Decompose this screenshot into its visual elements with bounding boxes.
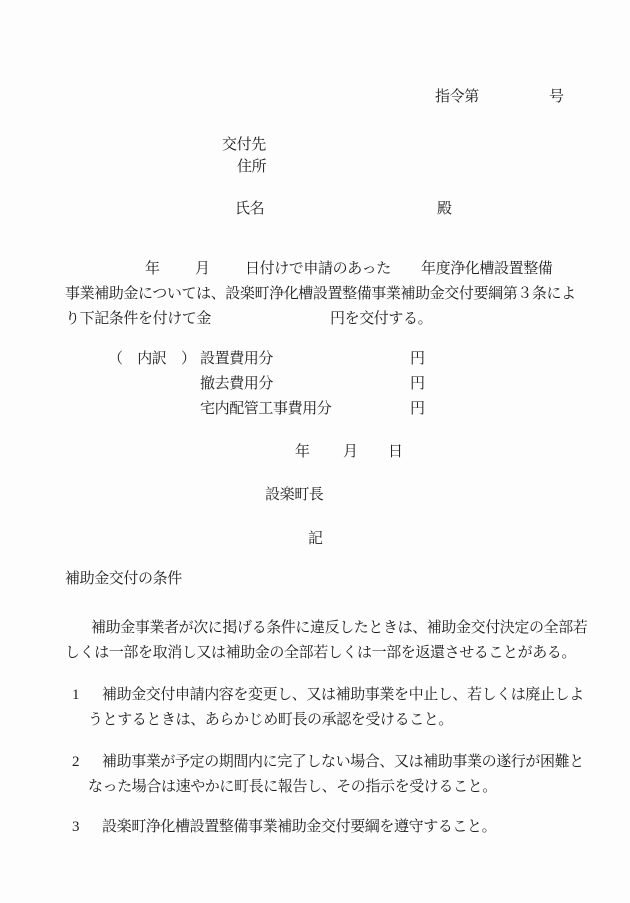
intro-year-label: 年	[145, 260, 160, 279]
recipient-name-label: 氏名	[235, 200, 264, 219]
condition-1-line2: うとするときは、あらかじめ町長の承認を受けること。	[88, 711, 453, 730]
recipient-honorific: 殿	[437, 200, 452, 219]
issuer-title: 設楽町長	[265, 486, 323, 505]
date-year-label: 年	[295, 443, 310, 462]
conditions-title: 補助金交付の条件	[65, 570, 182, 589]
condition-3-number: 3	[72, 818, 79, 837]
record-marker: 記	[308, 530, 323, 549]
breakdown-unit-2: 円	[410, 375, 425, 394]
breakdown-unit-3: 円	[410, 400, 425, 419]
intro-month-label: 月	[195, 260, 210, 279]
directive-number-suffix: 号	[549, 88, 564, 107]
conditions-intro-line2: しくは一部を取消し又は補助金の全部若しくは一部を返還させることがある。	[65, 644, 576, 663]
condition-1-number: 1	[72, 686, 79, 705]
breakdown-unit-1: 円	[410, 350, 425, 369]
breakdown-item-2: 撤去費用分	[200, 375, 273, 394]
intro-line3-left: り下記条件を付けて金	[65, 310, 211, 329]
breakdown-item-1: 設置費用分	[200, 350, 273, 369]
condition-3-line1: 設楽町浄化槽設置整備事業補助金交付要綱を遵守すること。	[102, 818, 496, 837]
date-month-label: 月	[343, 443, 358, 462]
intro-line3-right: 円を交付する。	[330, 310, 432, 329]
condition-2-line2: なった場合は速やかに町長に報告し、その指示を受けること。	[88, 778, 497, 797]
intro-applied-text: 日付けで申請のあった	[245, 260, 391, 279]
breakdown-label: （ 内訳 ）	[108, 350, 196, 369]
breakdown-item-3: 宅内配管工事費用分	[200, 400, 331, 419]
date-day-label: 日	[388, 443, 403, 462]
intro-fiscal-text: 年度浄化槽設置整備	[421, 260, 552, 279]
condition-2-line1: 補助事業が予定の期間内に完了しない場合、又は補助事業の遂行が困難と	[102, 753, 584, 772]
directive-number-prefix: 指令第	[435, 88, 479, 107]
document-page: 指令第 号 交付先 住所 氏名 殿 年 月 日付けで申請のあった 年度浄化槽設置…	[0, 0, 630, 903]
intro-line2: 事業補助金については、設楽町浄化槽設置整備事業補助金交付要綱第３条によ	[65, 285, 576, 304]
condition-1-line1: 補助金交付申請内容を変更し、又は補助事業を中止し、若しくは廃止しよ	[102, 686, 584, 705]
conditions-intro-line1: 補助金事業者が次に掲げる条件に違反したときは、補助金交付決定の全部若	[91, 619, 587, 638]
condition-2-number: 2	[72, 753, 79, 772]
recipient-address-label: 住所	[237, 158, 266, 177]
recipient-heading: 交付先	[222, 136, 266, 155]
